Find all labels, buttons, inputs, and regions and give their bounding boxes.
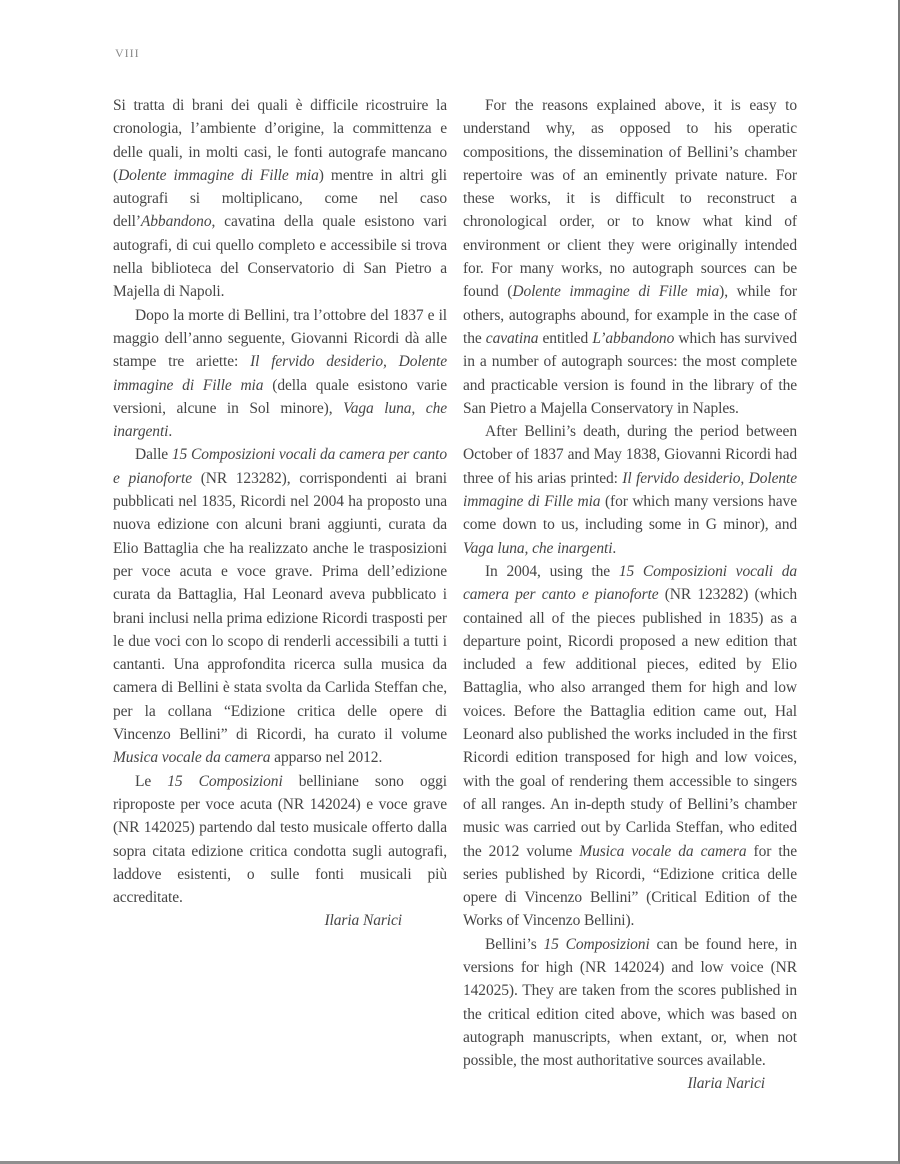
text-run: .	[612, 540, 616, 557]
italic-text-run: L’abbandono	[592, 330, 674, 347]
left-column-paragraphs: Si tratta di brani dei quali è difficile…	[113, 94, 447, 909]
text-run: In 2004, using the	[485, 563, 619, 580]
left-column-italian-text: Si tratta di brani dei quali è difficile…	[113, 94, 447, 1096]
paragraph: Dalle 15 Composizioni vocali da camera p…	[113, 443, 447, 769]
italic-text-run: Dolente immagine di Fille mia	[118, 167, 319, 184]
right-column-english-text: For the reasons explained above, it is e…	[463, 94, 797, 1096]
text-run: can be found here, in versions for high …	[463, 936, 797, 1069]
italic-text-run: Abbandono	[141, 213, 212, 230]
right-column-paragraphs: For the reasons explained above, it is e…	[463, 94, 797, 1072]
document-page: VIII Si tratta di brani dei quali è diff…	[0, 0, 900, 1164]
author-signature-right: Ilaria Narici	[463, 1072, 797, 1095]
italic-text-run: Vaga luna, che inargenti	[463, 540, 612, 557]
text-run: Bellini’s	[485, 936, 543, 953]
two-column-text-block: Si tratta di brani dei quali è difficile…	[113, 94, 797, 1096]
text-run: (NR 123282), corrispondenti ai brani pub…	[113, 470, 447, 743]
italic-text-run: 15 Composizioni	[543, 936, 649, 953]
author-signature-left: Ilaria Narici	[113, 909, 447, 932]
text-run: (NR 123282) (which contained all of the …	[463, 586, 797, 859]
italic-text-run: Musica vocale da camera	[113, 749, 270, 766]
paragraph: In 2004, using the 15 Composizioni vocal…	[463, 560, 797, 933]
page-number: VIII	[115, 46, 140, 61]
paragraph: Si tratta di brani dei quali è difficile…	[113, 94, 447, 304]
paragraph: Dopo la morte di Bellini, tra l’ottobre …	[113, 304, 447, 444]
text-run: .	[168, 423, 172, 440]
paragraph: After Bellini’s death, during the period…	[463, 420, 797, 560]
text-run: Le	[135, 773, 167, 790]
italic-text-run: Musica vocale da camera	[579, 843, 746, 860]
paragraph: Bellini’s 15 Composizioni can be found h…	[463, 933, 797, 1073]
italic-text-run: 15 Composizioni	[167, 773, 282, 790]
text-run: Dalle	[135, 446, 172, 463]
italic-text-run: cavatina	[486, 330, 539, 347]
paragraph: Le 15 Composizioni belliniane sono oggi …	[113, 770, 447, 910]
text-run: belliniane sono oggi riproposte per voce…	[113, 773, 447, 906]
paragraph: For the reasons explained above, it is e…	[463, 94, 797, 420]
text-run: For the reasons explained above, it is e…	[463, 97, 797, 300]
text-run: apparso nel 2012.	[270, 749, 382, 766]
text-run: entitled	[538, 330, 592, 347]
italic-text-run: Dolente immagine di Fille mia	[512, 283, 719, 300]
